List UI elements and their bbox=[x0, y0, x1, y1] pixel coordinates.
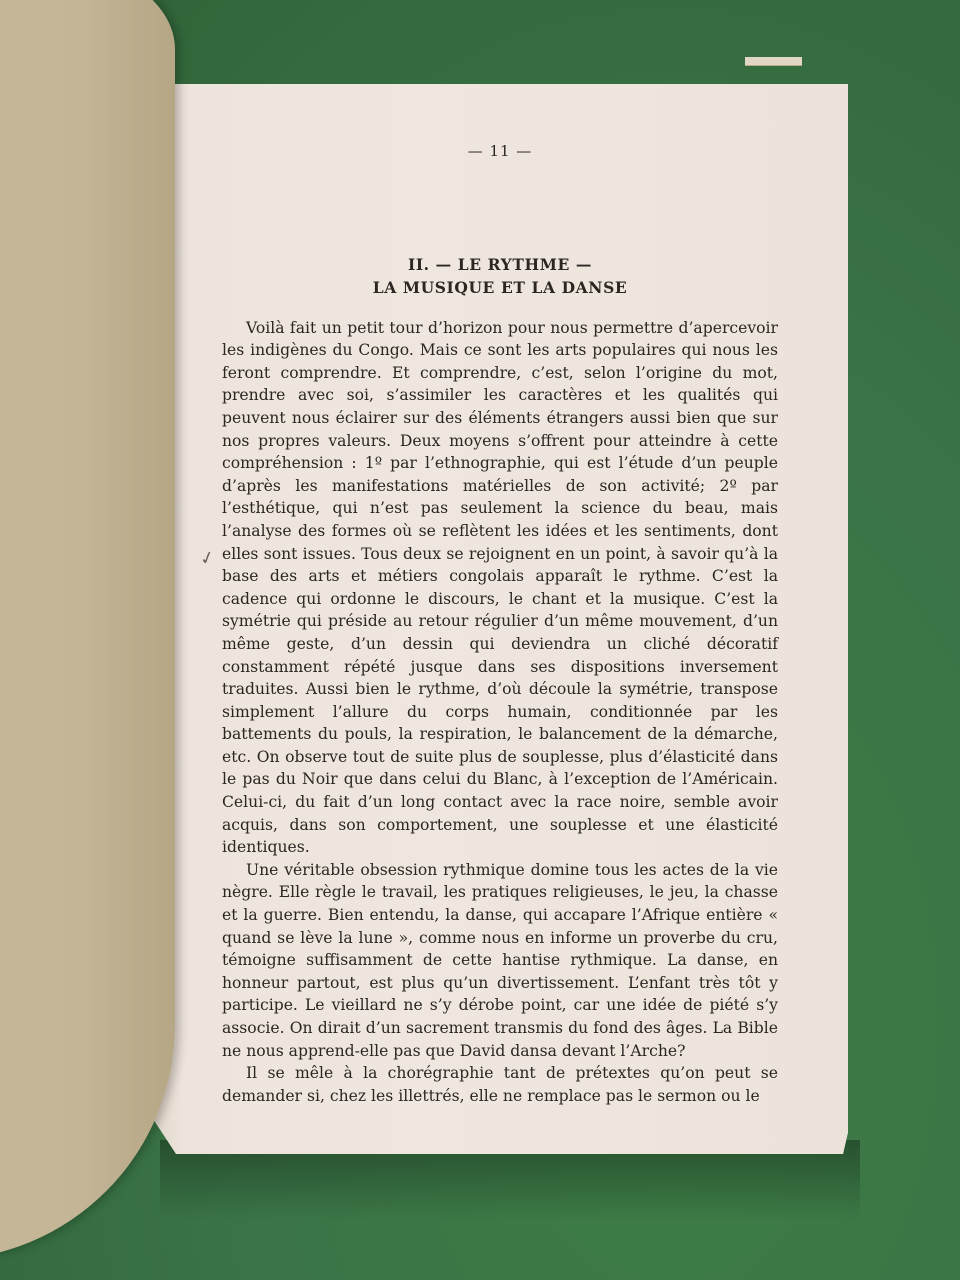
page-text: — 11 — II. — LE RYTHME — LA MUSIQUE ET L… bbox=[222, 140, 778, 1107]
heading-line-2: LA MUSIQUE ET LA DANSE bbox=[222, 276, 778, 299]
paragraph: Voilà fait un petit tour d’horizon pour … bbox=[222, 317, 778, 859]
page-number: — 11 — bbox=[222, 140, 778, 163]
paragraph: Il se mêle à la chorégraphie tant de pré… bbox=[222, 1062, 778, 1107]
left-page-curl bbox=[0, 0, 175, 1260]
heading-line-1: II. — LE RYTHME — bbox=[222, 253, 778, 276]
chapter-heading: II. — LE RYTHME — LA MUSIQUE ET LA DANSE bbox=[222, 253, 778, 299]
page-edge bbox=[745, 57, 802, 66]
paragraph: Une véritable obsession rythmique domine… bbox=[222, 859, 778, 1062]
